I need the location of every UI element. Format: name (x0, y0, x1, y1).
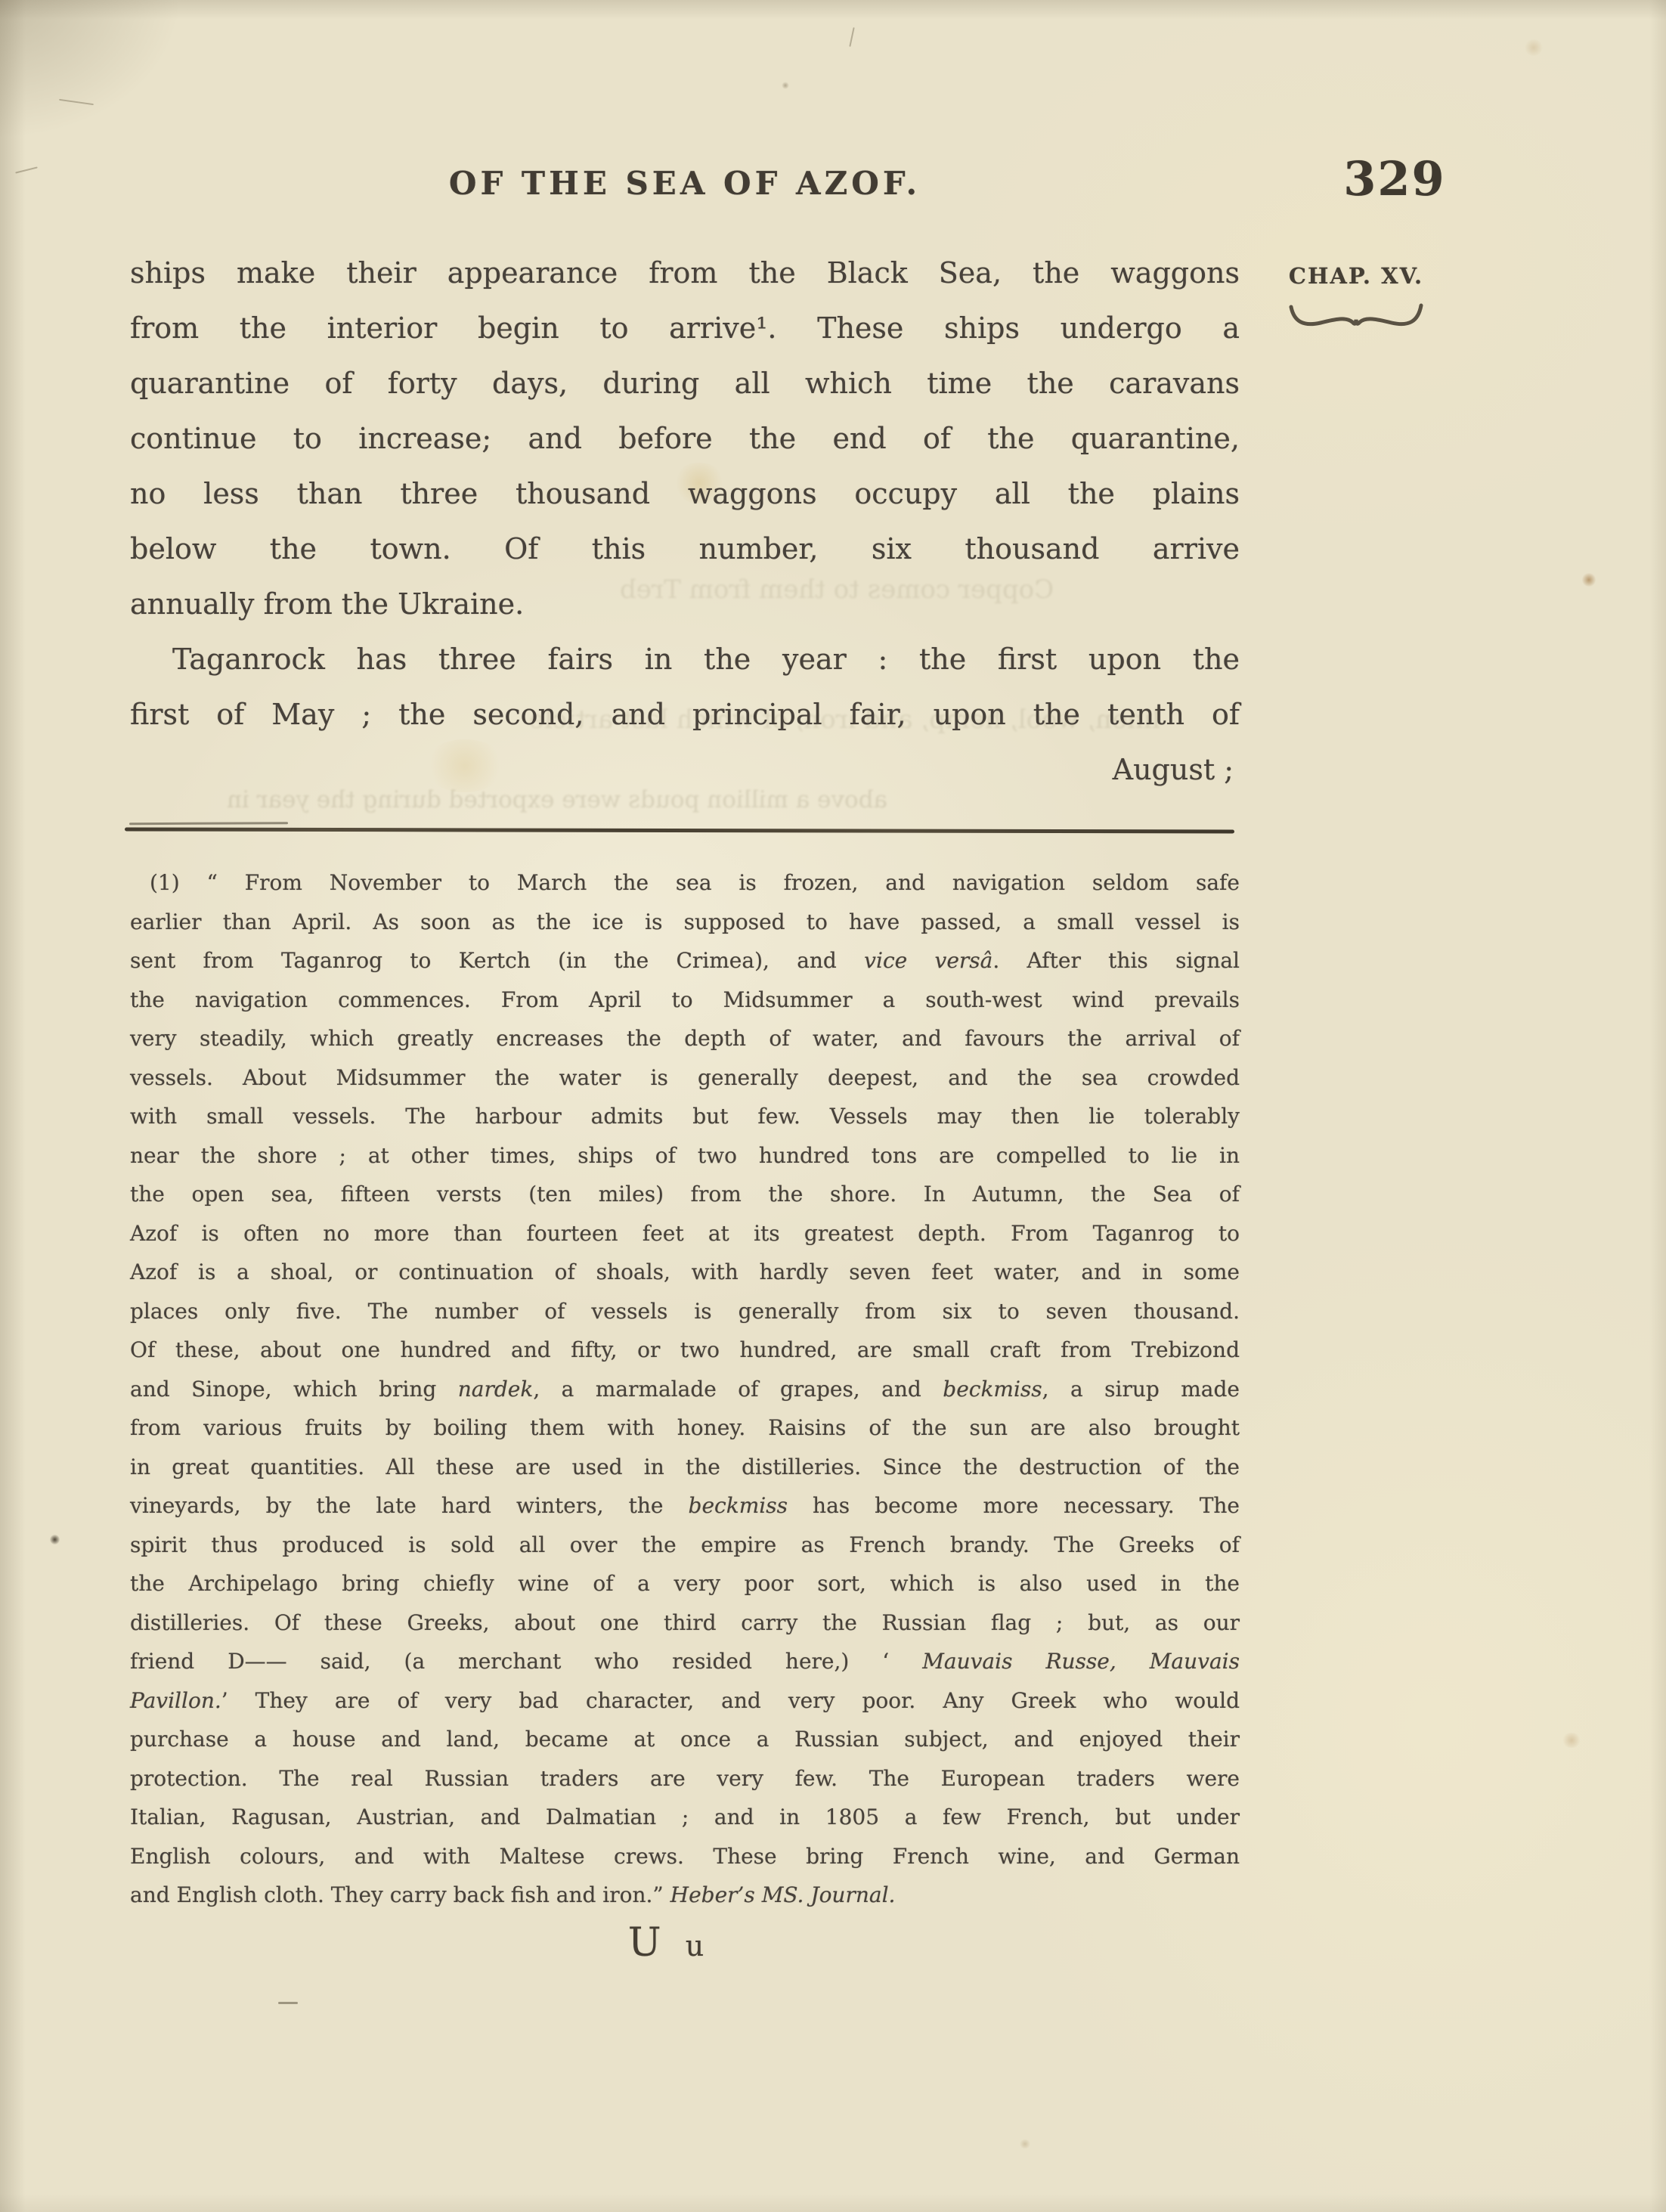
signature-mark: U u (130, 1920, 1209, 1966)
stray-mark (278, 2002, 298, 2004)
paper-speck (782, 82, 789, 89)
footnote-line: and English cloth. They carry back fish … (130, 1876, 1240, 1915)
footnote-line: protection. The real Russian traders are… (130, 1759, 1240, 1798)
paper-fiber (59, 99, 94, 105)
main-text-line: from the interior begin to arrive¹. Thes… (130, 301, 1240, 356)
main-text-line: annually from the Ukraine. (130, 577, 1240, 632)
footnote-line: Pavillon.’ They are of very bad characte… (130, 1681, 1240, 1721)
footnote-line: in great quantities. All these are used … (130, 1448, 1240, 1487)
page-number: 329 (1330, 151, 1459, 206)
chapter-label: CHAP. XV. (1286, 263, 1426, 289)
foxing-spot (1524, 39, 1544, 56)
foxing-spot (1562, 1733, 1581, 1748)
footnote-line: vessels. About Midsummer the water is ge… (130, 1058, 1240, 1098)
paper-fiber (849, 27, 854, 47)
paragraph: ships make their appearance from the Bla… (130, 246, 1240, 632)
main-text: ships make their appearance from the Bla… (130, 246, 1240, 798)
footnote-line: the Archipelago bring chiefly wine of a … (130, 1564, 1240, 1603)
footnote-line: sent from Taganrog to Kertch (in the Cri… (130, 941, 1240, 981)
footnote-line: Azof is often no more than fourteen feet… (130, 1214, 1240, 1253)
footnote-line: spirit thus produced is sold all over th… (130, 1526, 1240, 1565)
footnote-line: Of these, about one hundred and fifty, o… (130, 1331, 1240, 1370)
footnote-line: English colours, and with Maltese crews.… (130, 1837, 1240, 1876)
footnote-line: vineyards, by the late hard winters, the… (130, 1486, 1240, 1526)
footnote-line: purchase a house and land, became at onc… (130, 1720, 1240, 1759)
catchword: August ; (130, 742, 1240, 798)
footnote-line: places only five. The number of vessels … (130, 1292, 1240, 1331)
footnote-line: earlier than April. As soon as the ice i… (130, 903, 1240, 942)
main-text-line: no less than three thousand waggons occu… (130, 466, 1240, 522)
main-text-line: first of May ; the second, and principal… (130, 687, 1240, 742)
footnote-line: near the shore ; at other times, ships o… (130, 1136, 1240, 1176)
footnote-line: distilleries. Of these Greeks, about one… (130, 1603, 1240, 1643)
foxing-spot (1019, 2139, 1031, 2148)
footnote-line: the navigation commences. From April to … (130, 981, 1240, 1020)
footnote-line: very steadily, which greatly encreases t… (130, 1019, 1240, 1058)
main-text-line: quarantine of forty days, during all whi… (130, 356, 1240, 411)
ink-speck (50, 1535, 60, 1544)
footnote-line: Italian, Ragusan, Austrian, and Dalmatia… (130, 1798, 1240, 1837)
footnote-line: from various fruits by boiling them with… (130, 1408, 1240, 1448)
footnote-line: with small vessels. The harbour admits b… (130, 1097, 1240, 1136)
main-text-line: below the town. Of this number, six thou… (130, 522, 1240, 577)
running-header-title: OF THE SEA OF AZOF. (130, 165, 1240, 202)
footnote-line: and Sinope, which bring nardek, a marmal… (130, 1370, 1240, 1409)
book-page-scan: Copper comes to them from Treblinen, woo… (0, 0, 1666, 2212)
main-text-line: Taganrock has three fairs in the year : … (130, 632, 1240, 687)
paper-fiber (15, 166, 38, 173)
footnote-line: Azof is a shoal, or continuation of shoa… (130, 1253, 1240, 1292)
main-text-line: ships make their appearance from the Bla… (130, 246, 1240, 301)
main-text-line: continue to increase; and before the end… (130, 411, 1240, 466)
footnote-line: (1) “ From November to March the sea is … (130, 863, 1240, 903)
footnote-line: friend D—— said, (a merchant who resided… (130, 1642, 1240, 1681)
paragraph: Taganrock has three fairs in the year : … (130, 632, 1240, 742)
chapter-brace-ornament (1287, 301, 1425, 334)
foxing-spot (1581, 573, 1596, 587)
footnote-separator-rule (125, 827, 1234, 833)
footnote-text: (1) “ From November to March the sea is … (130, 863, 1240, 1915)
footnote-line: the open sea, fifteen versts (ten miles)… (130, 1175, 1240, 1214)
